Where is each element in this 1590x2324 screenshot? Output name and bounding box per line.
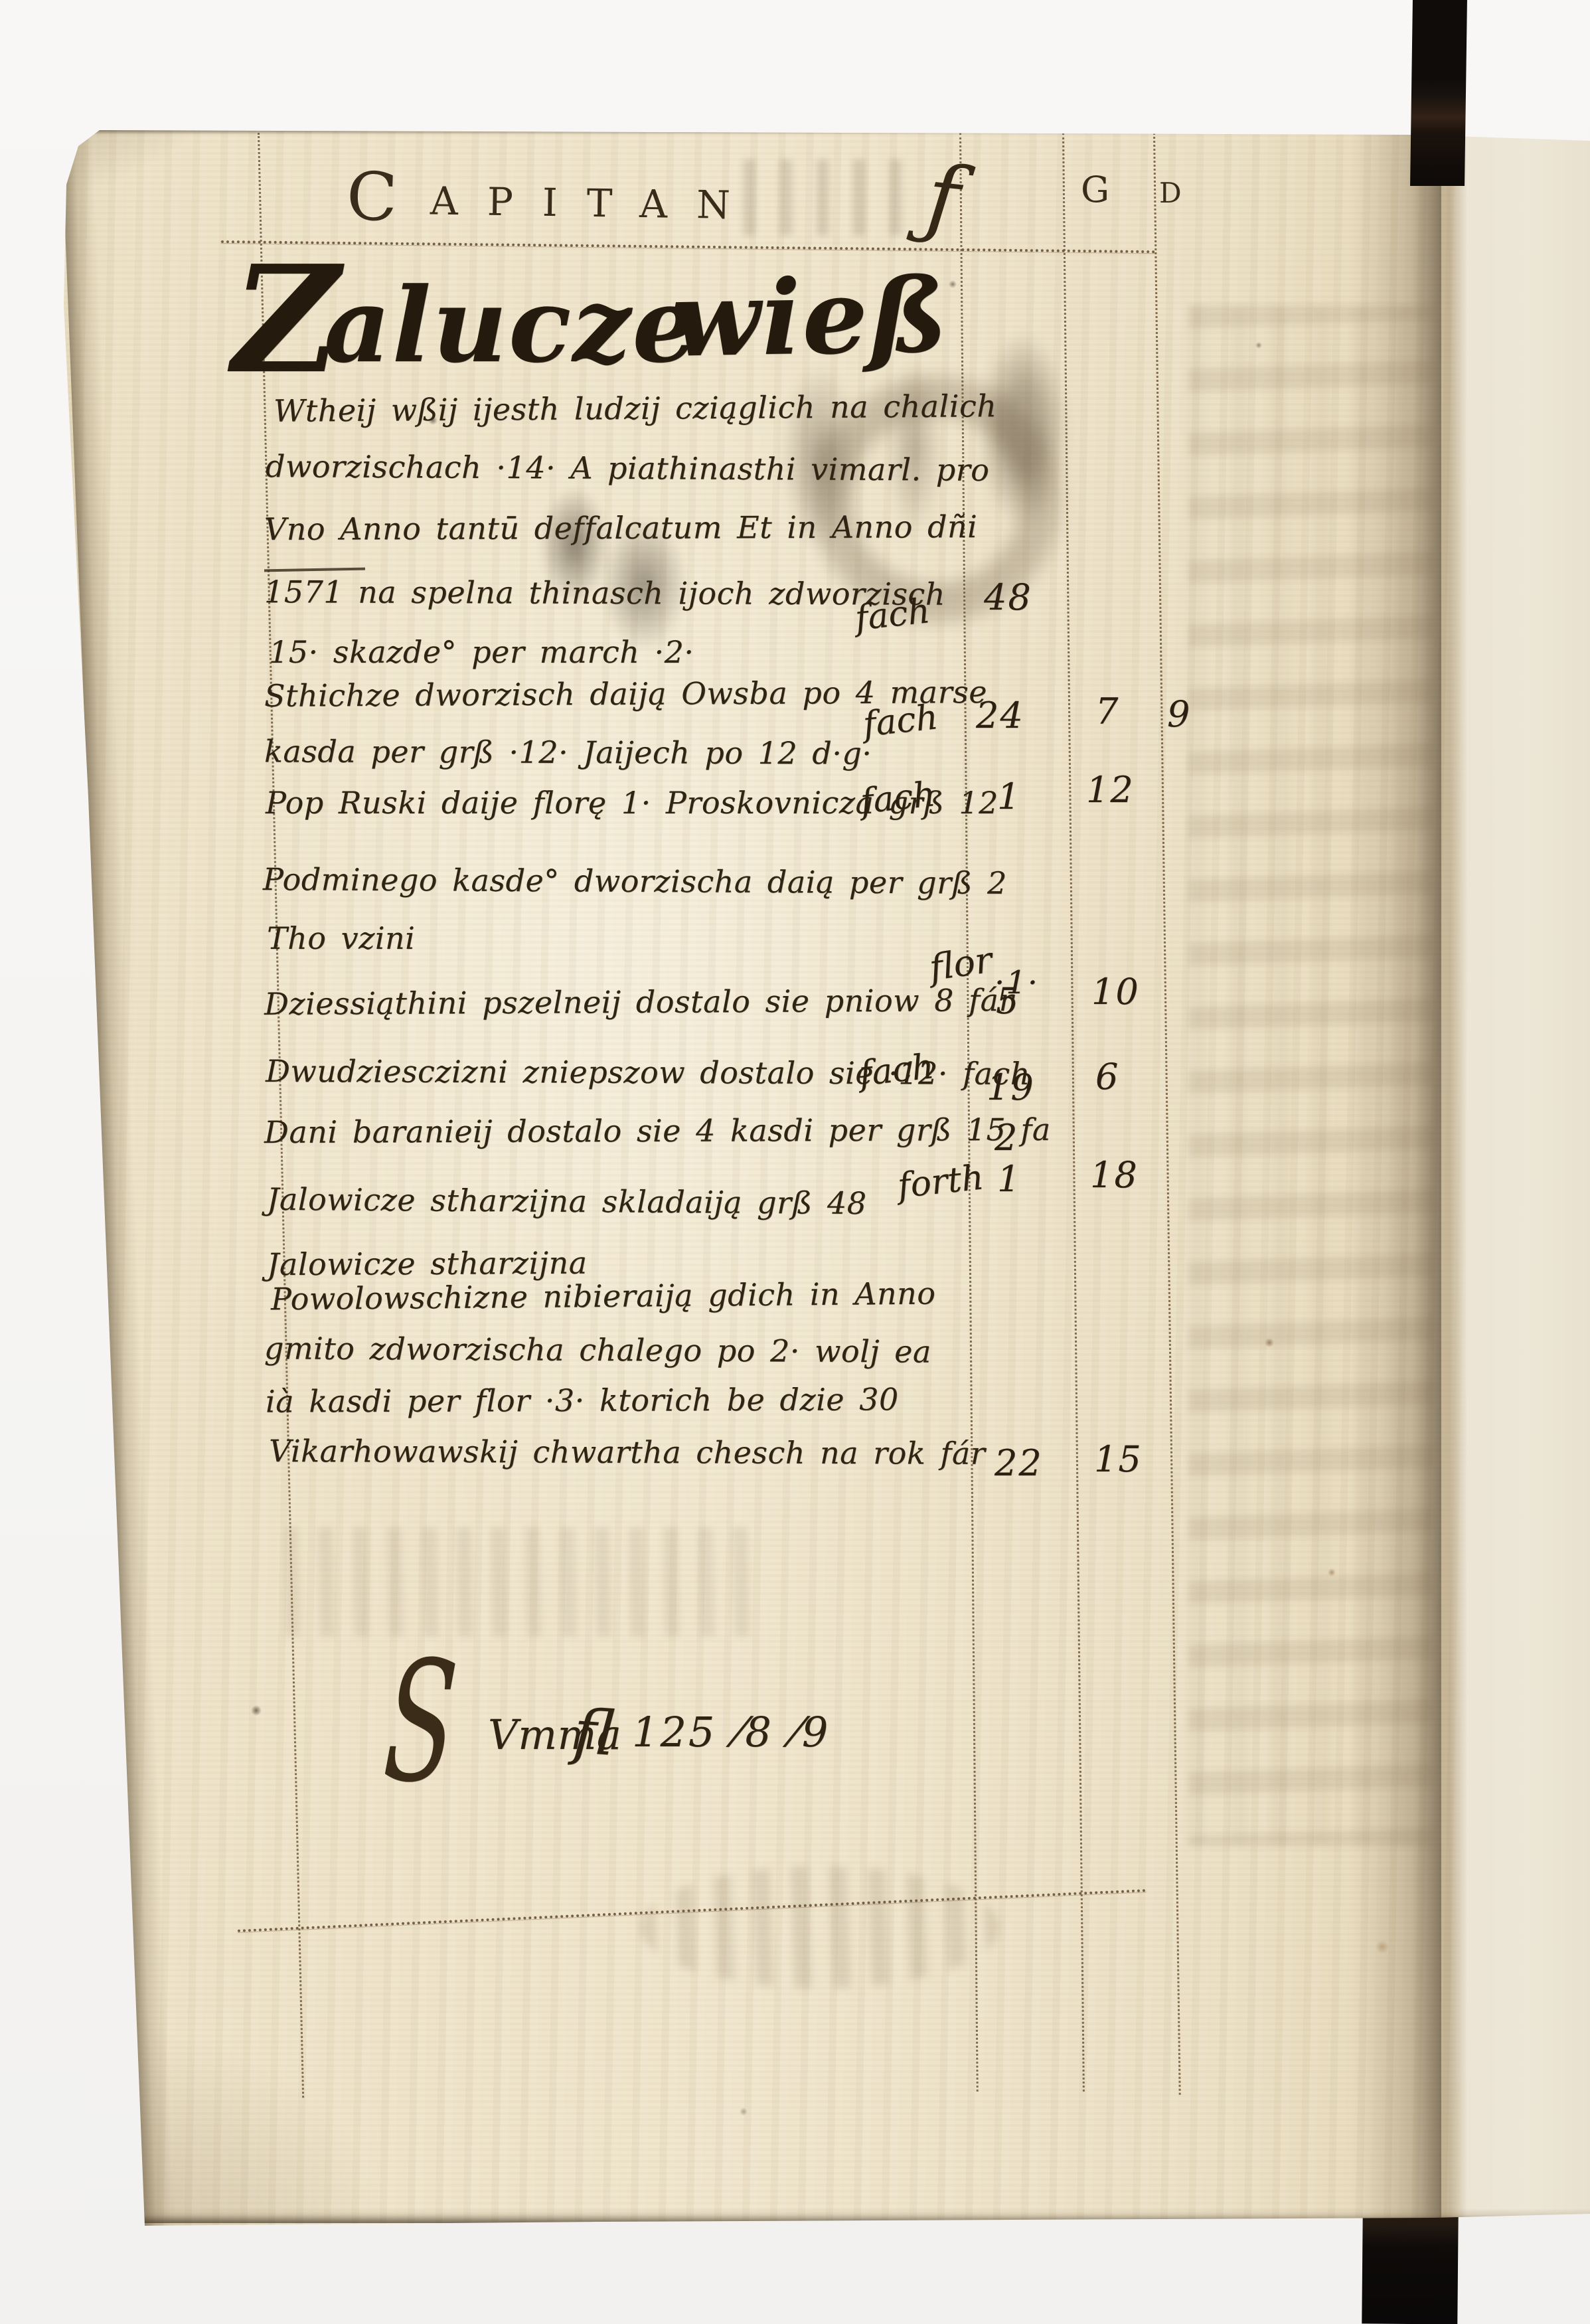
manuscript-scan: { "header": { "capitan_initial": "C", "c… bbox=[0, 0, 1590, 2324]
entry-line: 1571 na spelna thinasch ijoch zdworzisch bbox=[264, 574, 945, 612]
bookmark-ribbon-top bbox=[1410, 0, 1467, 186]
entry-line: 15· skazde° per march ·2· bbox=[269, 634, 694, 670]
bookmark-ribbon-bottom bbox=[1362, 2214, 1458, 2324]
column-header-grossi: G bbox=[1081, 169, 1109, 210]
unit-label-row8: forth bbox=[896, 1157, 985, 1206]
entry-line: kasda per grß ·12· Jaijech po 12 d·g· bbox=[264, 733, 872, 771]
ruled-line-col-d bbox=[1153, 133, 1181, 2095]
amount-f-row6: 19 bbox=[987, 1066, 1035, 1108]
summa-initial: S bbox=[379, 1625, 462, 1819]
entry-line: Powolowschizne nibieraiją gdich in Anno bbox=[271, 1276, 936, 1317]
amount-f-row8: 1 bbox=[997, 1158, 1021, 1200]
ruled-line-closing bbox=[238, 1889, 1147, 1932]
amount-f-row7: 2 bbox=[994, 1117, 1018, 1159]
manuscript-page: C APITAN ƒ G D Z alucze wieß Wtheij wßij… bbox=[0, 0, 1590, 2324]
entry-line: gmito zdworzischa chalego po 2· wolj ea bbox=[264, 1330, 931, 1369]
amount-g-row8: 18 bbox=[1090, 1154, 1139, 1196]
unit-label-row2: fach bbox=[861, 697, 940, 744]
entry-line: Vno Anno tantū deffalcatum Et in Anno dñ… bbox=[264, 509, 978, 547]
amount-g-row2: 7 bbox=[1095, 691, 1119, 732]
column-header-florins-icon: ƒ bbox=[921, 146, 965, 251]
amount-d-row2: 9 bbox=[1167, 693, 1191, 735]
amount-g-row6: 6 bbox=[1095, 1056, 1119, 1098]
amount-f-row1: 48 bbox=[984, 576, 1032, 618]
entry-line: Tho vzini bbox=[267, 920, 415, 956]
amount-f-row3: 1 bbox=[997, 776, 1021, 817]
entry-line: Podminego kasde° dworzischa daią per grß… bbox=[263, 861, 1007, 901]
entry-line: Jalowicze stharzijna bbox=[267, 1245, 588, 1283]
amount-g-row5: 10 bbox=[1091, 971, 1140, 1013]
ink-bleed-blob bbox=[515, 468, 714, 661]
entry-line: Dziessiąthini pszelneij dostalo sie pnio… bbox=[264, 982, 1014, 1022]
entry-line: Vikarhowawskij chwartha chesch na rok fá… bbox=[269, 1433, 986, 1471]
ruled-line-col-g bbox=[1062, 133, 1085, 2092]
adjacent-page-edge bbox=[1439, 126, 1590, 2222]
page-left-edge bbox=[61, 125, 176, 2232]
amount-g-row3: 12 bbox=[1086, 769, 1135, 811]
entry-line: ià kasdi per flor ·3· ktorich be dzie 30 bbox=[266, 1381, 899, 1419]
page-title-word2: wieß bbox=[671, 254, 949, 380]
page-gutter bbox=[1352, 130, 1439, 2222]
page-top-edge bbox=[86, 130, 1590, 135]
unit-label-row4: flor bbox=[927, 939, 994, 989]
amount-f-row2: 24 bbox=[976, 695, 1024, 736]
entry-line: dworzischach ·14· A piathinasthi vimarl.… bbox=[266, 448, 990, 488]
entry-line: Dani baranieij dostalo sie 4 kasdi per g… bbox=[264, 1112, 1051, 1150]
amount-f-row11: 22 bbox=[994, 1442, 1043, 1484]
unit-label-row6: fach bbox=[857, 1046, 936, 1094]
summa-florin-icon: ﬂ bbox=[571, 1696, 617, 1770]
amount-g-row11: 15 bbox=[1094, 1438, 1143, 1480]
unit-label-row1: fach bbox=[853, 591, 932, 638]
header-capitan: APITAN bbox=[430, 179, 760, 228]
entry-line: Wtheij wßij ijesth ludzij cziąglich na c… bbox=[274, 388, 997, 429]
entry-line: Jalowicze stharzijna skladaiją grß 48 bbox=[267, 1181, 867, 1221]
ruled-line-header bbox=[221, 240, 1156, 253]
overline-1571 bbox=[264, 568, 365, 572]
page-title: alucze bbox=[324, 264, 699, 386]
amount-f-row5: 5 bbox=[996, 980, 1020, 1022]
unit-label-row3: fach bbox=[858, 774, 937, 821]
summa-amount: 125 ⁄8 ⁄9 bbox=[632, 1708, 830, 1756]
showthrough-summa bbox=[641, 1866, 999, 1989]
header-capitan-initial: C bbox=[345, 157, 399, 237]
showthrough-header bbox=[744, 159, 910, 236]
showthrough-midleft bbox=[285, 1527, 750, 1637]
column-header-denarii: D bbox=[1159, 177, 1182, 209]
